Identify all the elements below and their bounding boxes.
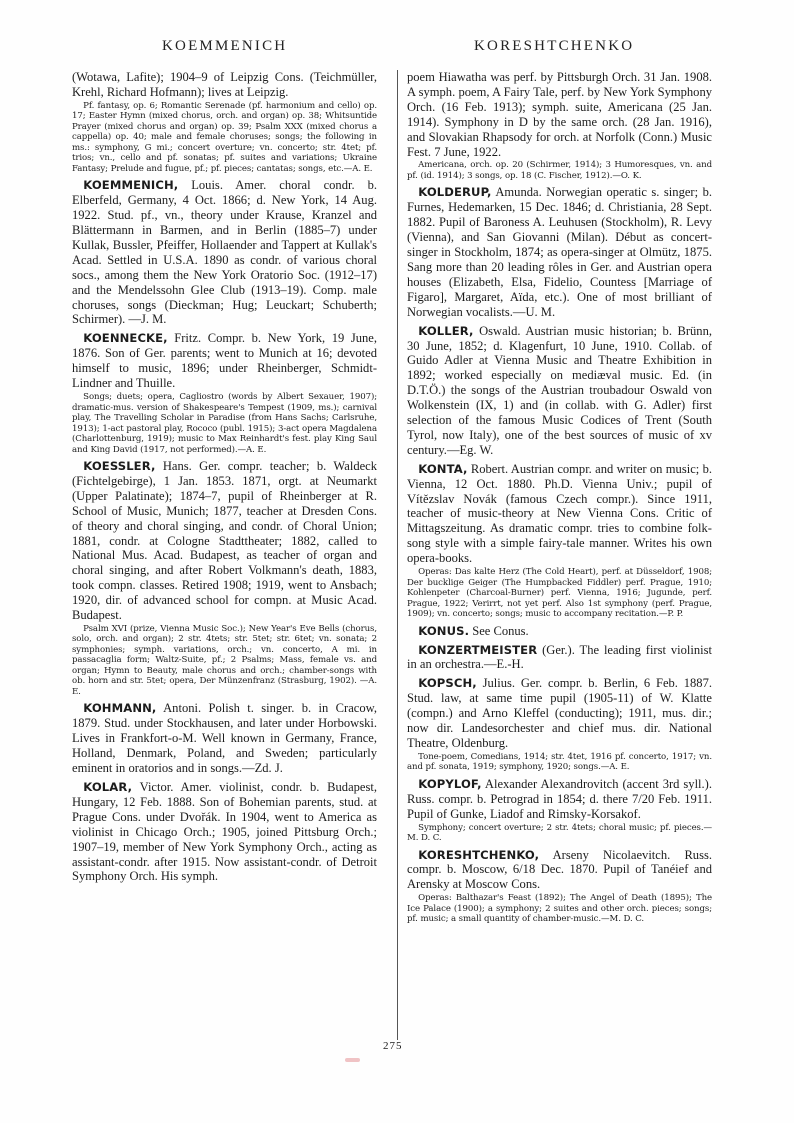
works-list: Operas: Das kalte Herz (The Cold Heart),… [407,567,712,620]
dictionary-entry: KOESSLER, Hans. Ger. compr. teacher; b. … [72,459,377,623]
works-list: Psalm XVI (prize, Vienna Music Soc.); Ne… [72,624,377,698]
right-column: poem Hiawatha was perf. by Pittsburgh Or… [407,70,712,925]
entry-headword: KOESSLER, [83,459,155,473]
dictionary-entry: KOPSCH, Julius. Ger. compr. b. Berlin, 6… [407,676,712,751]
page-number: 275 [383,1040,403,1052]
dictionary-entry: KONZERTMEISTER (Ger.). The leading first… [407,643,712,673]
entry-continuation: poem Hiawatha was perf. by Pittsburgh Or… [407,70,712,159]
dictionary-entry: KONUS. See Conus. [407,624,712,639]
entry-body: Louis. Amer. choral condr. b. Elberfeld,… [72,178,377,326]
works-list: Symphony; concert overture; 2 str. 4tets… [407,823,712,844]
entry-headword: KONUS. [418,624,469,638]
entry-headword: KOLDERUP, [418,185,491,199]
entry-headword: KOHMANN, [83,701,156,715]
dictionary-entry: KOLDERUP, Amunda. Norwegian operatic s. … [407,185,712,319]
entry-headword: KOPSCH, [418,676,476,690]
dictionary-entry: KORESHTCHENKO, Arseny Nicolaevitch. Russ… [407,848,712,893]
entry-body: See Conus. [469,624,529,638]
entry-headword: KORESHTCHENKO, [418,848,539,862]
entry-body: Hans. Ger. compr. teacher; b. Waldeck (F… [72,459,377,622]
entry-headword: KOENNECKE, [83,331,167,345]
entry-headword: KOLLER, [418,324,473,338]
entry-body: Amunda. Norwegian operatic s. singer; b.… [407,185,712,318]
works-list: Tone-poem, Comedians, 1914; str. 4tet, 1… [407,752,712,773]
dictionary-page: KOEMMENICH KORESHTCHENKO (Wotawa, Lafite… [0,0,794,1123]
works-list: Pf. fantasy, op. 6; Romantic Serenade (p… [72,101,377,175]
dictionary-entry: KOENNECKE, Fritz. Compr. b. New York, 19… [72,331,377,391]
entry-body: Oswald. Austrian music historian; b. Brü… [407,324,712,457]
entry-headword: KONZERTMEISTER [418,643,537,657]
entry-headword: KOEMMENICH, [83,178,178,192]
entry-headword: KOLAR, [83,780,132,794]
dictionary-entry: KOLAR, Victor. Amer. violinist, condr. b… [72,780,377,884]
works-list: Americana, orch. op. 20 (Schirmer, 1914)… [407,160,712,181]
left-column: (Wotawa, Lafite); 1904–9 of Leipzig Cons… [72,70,377,884]
dictionary-entry: KOLLER, Oswald. Austrian music historian… [407,324,712,458]
ink-smudge [345,1058,360,1062]
dictionary-entry: KOHMANN, Antoni. Polish t. singer. b. in… [72,701,377,776]
works-list: Operas: Balthazar's Feast (1892); The An… [407,893,712,925]
entry-body: Robert. Austrian compr. and writer on mu… [407,462,712,565]
entry-headword: KOPYLOF, [418,777,481,791]
column-divider [397,70,398,1040]
dictionary-entry: KOEMMENICH, Louis. Amer. choral condr. b… [72,178,377,327]
entry-headword: KONTA, [418,462,467,476]
works-list: Songs; duets; opera, Cagliostro (words b… [72,392,377,455]
entry-continuation: (Wotawa, Lafite); 1904–9 of Leipzig Cons… [72,70,377,100]
running-head-left: KOEMMENICH [162,38,287,55]
dictionary-entry: KOPYLOF, Alexander Alexandrovitch (accen… [407,777,712,822]
dictionary-entry: KONTA, Robert. Austrian compr. and write… [407,462,712,566]
entry-body: Victor. Amer. violinist, condr. b. Budap… [72,780,377,883]
running-head-right: KORESHTCHENKO [474,38,634,55]
